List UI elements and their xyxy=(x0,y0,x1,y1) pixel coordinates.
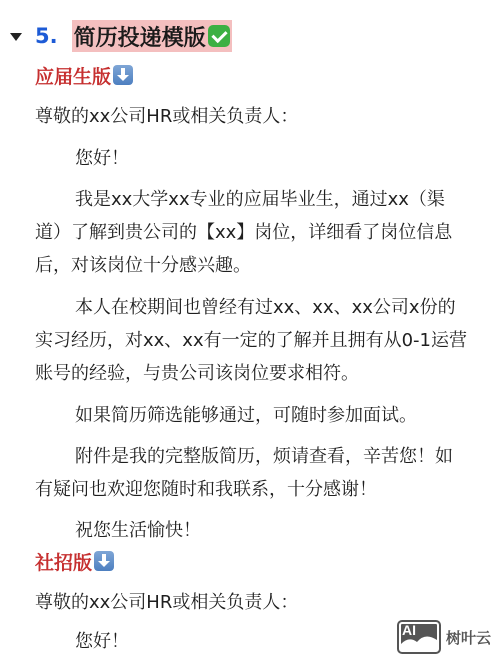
hello-line: 您好！ xyxy=(75,142,500,175)
heading-title: 简历投递模版 xyxy=(72,20,232,52)
section-label-experienced: 社招版 xyxy=(35,548,114,574)
section-heading: 5. 简历投递模版 xyxy=(10,20,232,52)
paragraph-intro: 我是xx大学xx专业的应届毕业生，通过xx（渠道）了解到贵公司的【xx】岗位，详… xyxy=(35,183,467,282)
greeting-line: 尊敬的xx公司HR或相关负责人： xyxy=(35,586,475,619)
document: 5. 简历投递模版 应届生版 尊敬的xx公司HR或相关负责人： 您好！ 我是xx… xyxy=(0,0,500,667)
mountain-icon xyxy=(397,620,441,654)
heading-title-text: 简历投递模版 xyxy=(74,21,206,52)
collapse-toggle-icon[interactable] xyxy=(10,33,22,41)
watermark-brand: 树叶云 xyxy=(446,627,491,648)
down-arrow-icon xyxy=(113,65,133,85)
paragraph-experience: 本人在校期间也曾经有过xx、xx、xx公司x份的实习经历，对xx、xx有一定的了… xyxy=(35,291,467,390)
heading-number: 5. xyxy=(35,24,58,48)
paragraph-interview: 如果简历筛选能够通过，可随时参加面试。 xyxy=(35,399,467,432)
closing-line: 祝您生活愉快！ xyxy=(75,514,500,547)
section-label-text: 应届生版 xyxy=(35,62,111,89)
section-label-graduate: 应届生版 xyxy=(35,62,133,88)
section-label-text: 社招版 xyxy=(35,548,92,575)
paragraph-attachment: 附件是我的完整版简历，烦请查看，辛苦您！如有疑问也欢迎您随时和我联系，十分感谢！ xyxy=(35,440,467,506)
down-arrow-icon xyxy=(94,551,114,571)
watermark: AI 树叶云 xyxy=(397,620,491,654)
check-mark-button-icon xyxy=(208,25,230,47)
greeting-line: 尊敬的xx公司HR或相关负责人： xyxy=(35,100,475,133)
ai-image-logo-icon: AI xyxy=(397,620,441,654)
